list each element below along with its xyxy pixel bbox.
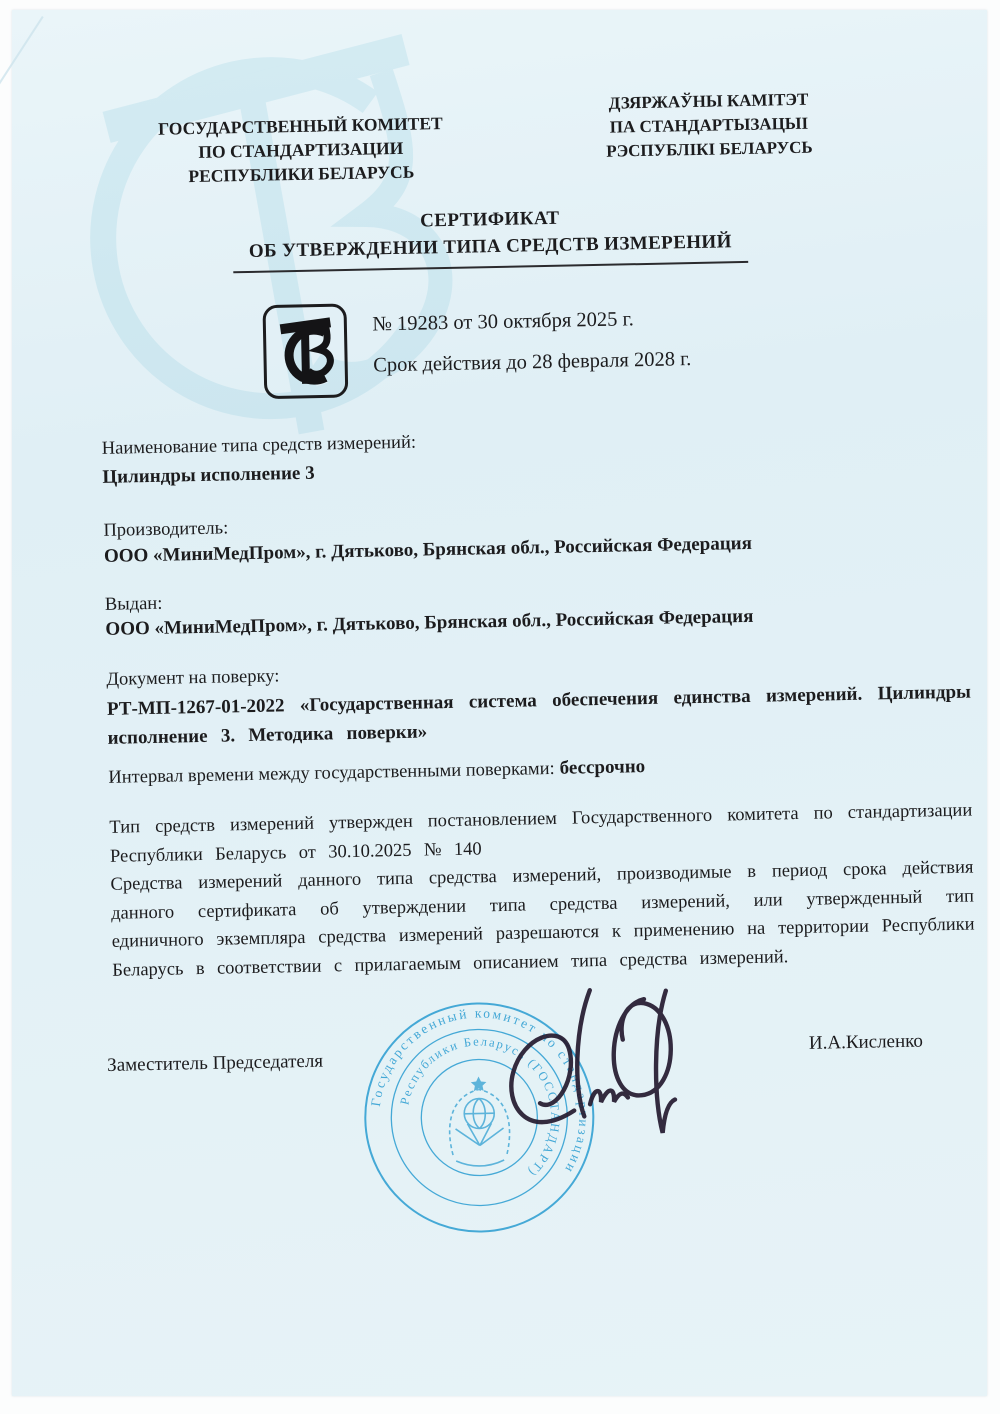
signature-ink-icon xyxy=(494,980,692,1154)
verification-interval: Интервал времени между государственными … xyxy=(108,756,645,789)
certificate-content: ГОСУДАРСТВЕННЫЙ КОМИТЕТ ПО СТАНДАРТИЗАЦИ… xyxy=(0,0,1000,1405)
issuer-block-by: ДЗЯРЖАЎНЫ КАМІТЭТ ПА СТАНДАРТЫЗАЦЫІ РЭСП… xyxy=(556,87,862,165)
stb-mark-icon xyxy=(261,301,351,401)
type-name-value: Цилиндры исполнение 3 xyxy=(102,463,315,489)
issued-to-label: Выдан: xyxy=(105,594,163,616)
issued-to-value: ООО «МиниМедПром», г. Дятьково, Брянская… xyxy=(105,606,753,641)
verification-doc-value: РТ-МП-1267-01-2022 «Государственная сист… xyxy=(107,678,972,753)
stb-mark xyxy=(261,301,351,401)
approval-text: Тип средств измерений утвержден постанов… xyxy=(109,797,975,986)
certificate-number: № 19283 от 30 октября 2025 г. xyxy=(372,308,634,336)
manufacturer-label: Производитель: xyxy=(103,518,228,542)
handwritten-signature xyxy=(494,980,692,1154)
verification-doc-label: Документ на поверку: xyxy=(106,666,279,690)
approval-paragraph: Средства измерений данного типа средства… xyxy=(110,854,975,986)
issuer-block-ru: ГОСУДАРСТВЕННЫЙ КОМИТЕТ ПО СТАНДАРТИЗАЦИ… xyxy=(80,109,521,190)
verification-interval-label: Интервал времени между государственными … xyxy=(108,759,555,788)
verification-interval-value: бессрочно xyxy=(559,756,645,779)
signer-name: И.А.Кисленко xyxy=(809,1031,923,1055)
paper-sheet: ГОСУДАРСТВЕННЫЙ КОМИТЕТ ПО СТАНДАРТИЗАЦИ… xyxy=(12,10,987,1396)
issuer-by-line: РЭСПУБЛІКІ БЕЛАРУСЬ xyxy=(557,135,862,165)
signer-position: Заместитель Председателя xyxy=(107,1051,323,1077)
